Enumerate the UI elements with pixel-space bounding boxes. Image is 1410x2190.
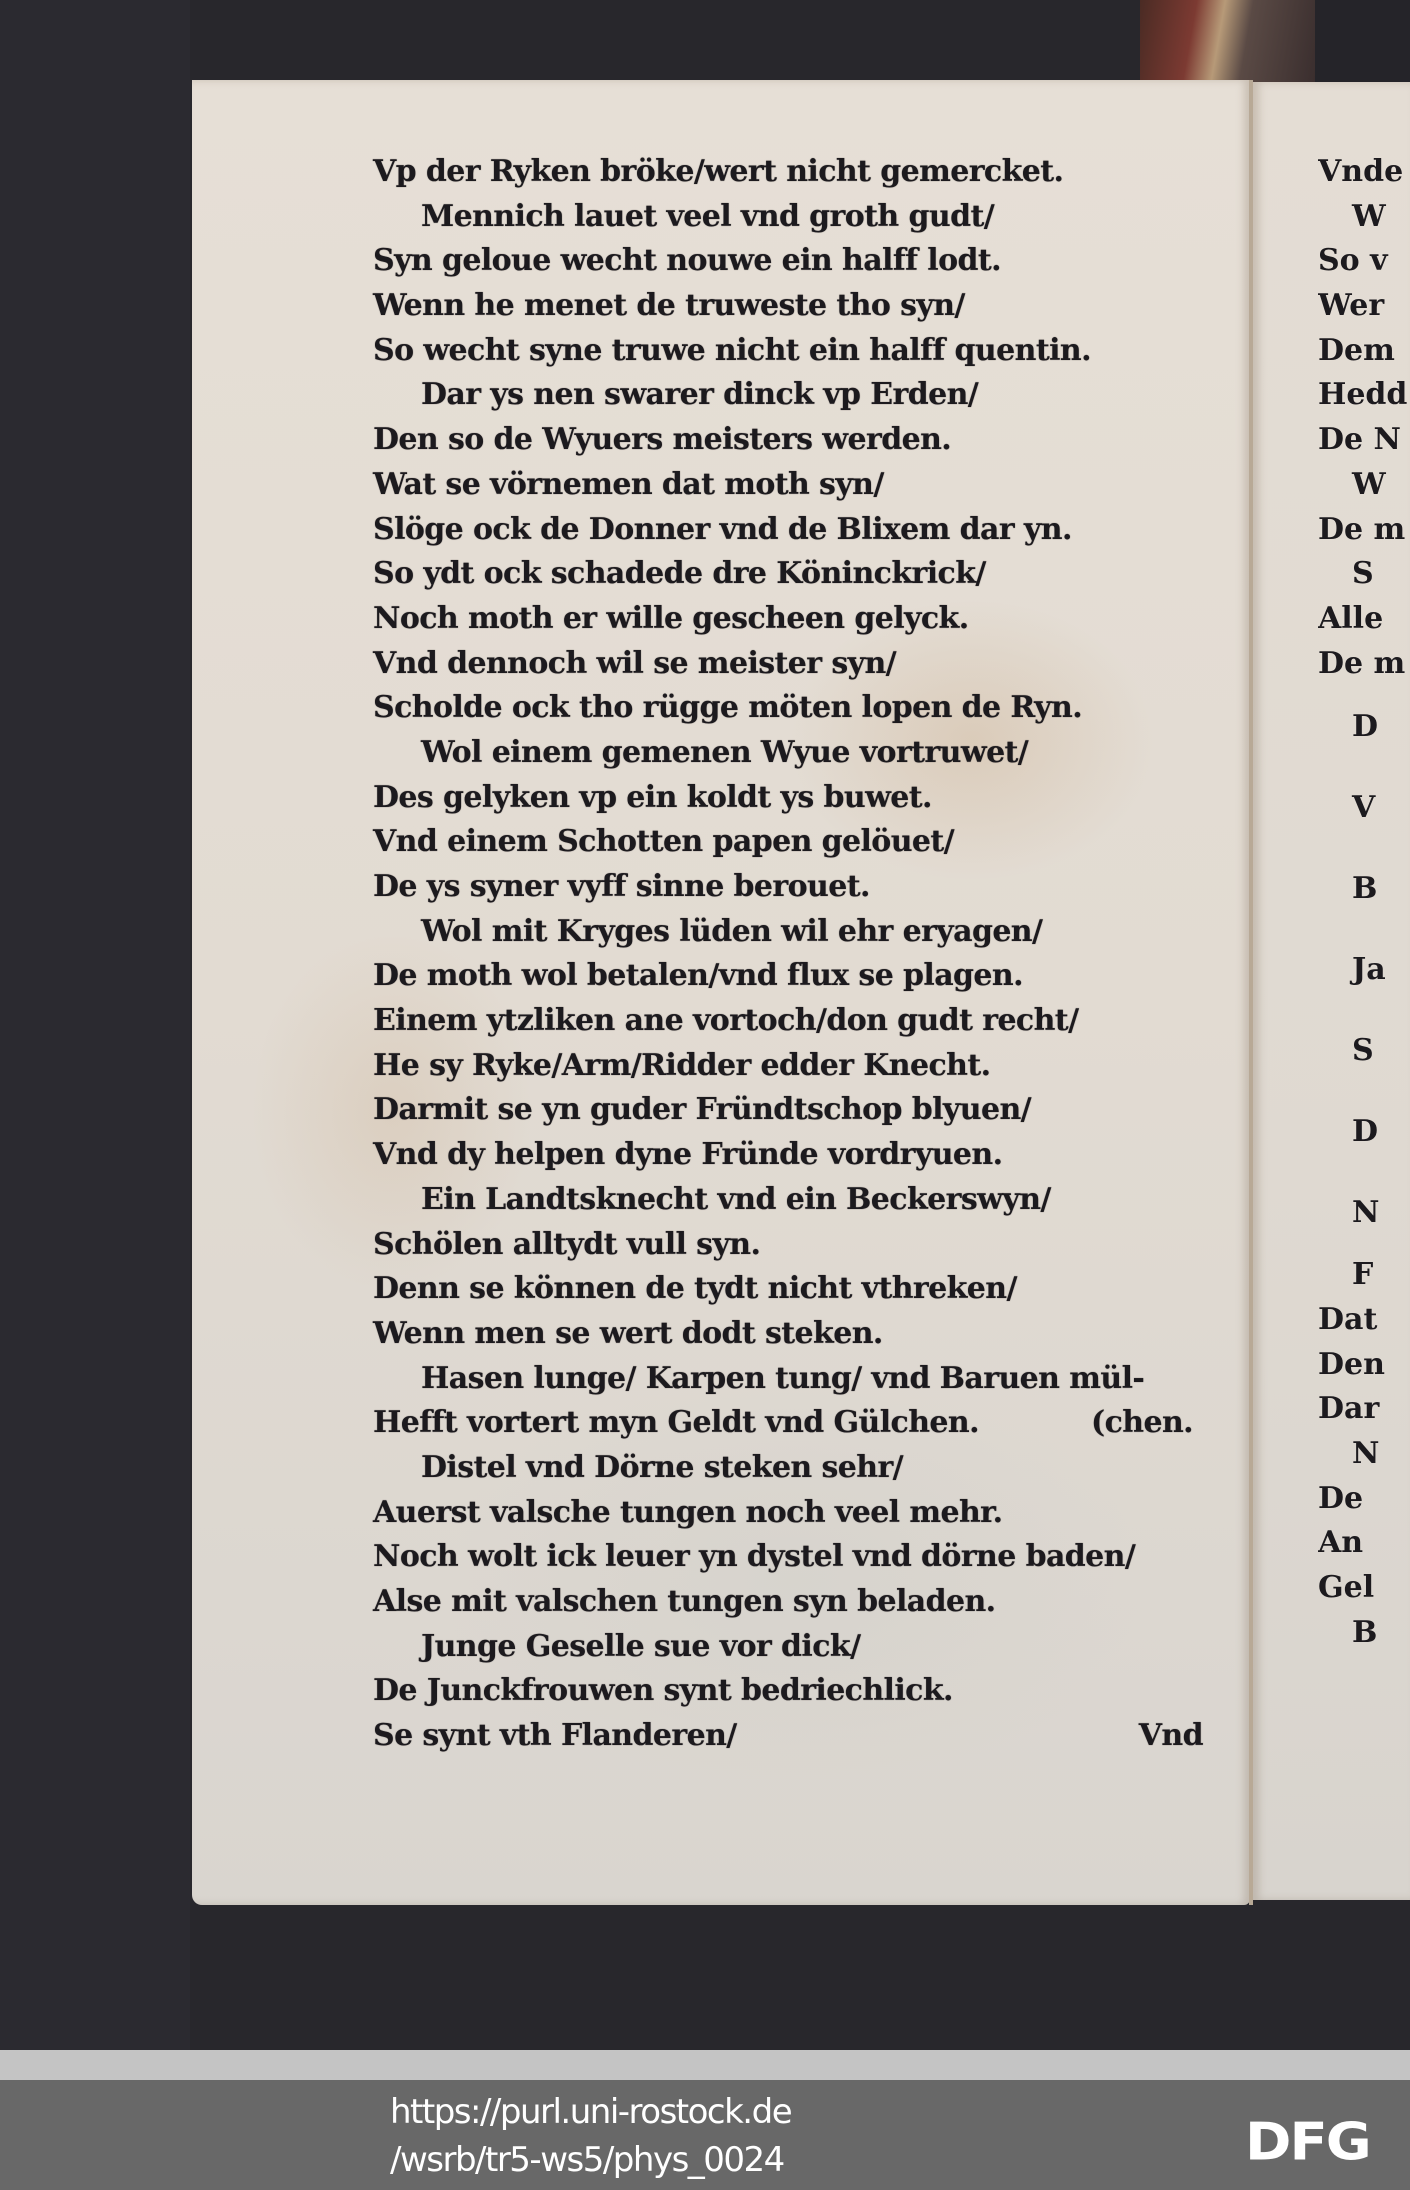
text-line: Darmit se yn guder Fründtschop blyuen/ [373,1088,1213,1133]
text-line: S [1318,552,1410,597]
text-line: De m [1318,642,1410,687]
catchword: Vnd [1139,1714,1203,1759]
text-line: So ydt ock schadede dre Köninckrick/ [373,552,1213,597]
text-line: Dar [1318,1387,1410,1432]
text-line: Hefft vortert myn Geldt vnd Gülchen. (ch… [373,1401,1213,1446]
text-line: An [1318,1521,1410,1566]
text-line: Auerst valsche tungen noch veel mehr. [373,1491,1213,1536]
text-line: Noch wolt ick leuer yn dystel vnd dörne … [373,1535,1213,1580]
background-top-right [1315,0,1410,85]
text-line: N [1318,1432,1410,1477]
text-line: S [1318,1010,1410,1091]
text-line: W [1318,195,1410,240]
text-line: Vnde [1318,150,1410,195]
text-line: Dat [1318,1298,1410,1343]
text-line: Noch moth er wille gescheen gelyck. [373,597,1213,642]
permalink-line-1: https://purl.uni-rostock.de [390,2088,890,2136]
text-line: De ys syner vyff sinne berouet. [373,865,1213,910]
permalink-line-2: /wsrb/tr5-ws5/phys_0024 [390,2136,890,2184]
text-line: Wenn men se wert dodt steken. [373,1312,1213,1357]
text-line: De Junckfrouwen synt bedriechlick. [373,1669,1213,1714]
book-binding-edge [1140,0,1315,85]
text-line: Vp der Ryken bröke/wert nicht gemercket. [373,150,1213,195]
text-line: Mennich lauet veel vnd groth gudt/ [373,195,1213,240]
text-line: So v [1318,239,1410,284]
right-page-text: Vnde W So v Wer Dem Hedd De N W De m S A… [1318,150,1410,1655]
text-line: Alle [1318,597,1410,642]
text-line: V [1318,767,1410,848]
text-line: N [1318,1172,1410,1253]
text-line-main: Se synt vth Flanderen/ [373,1714,737,1759]
text-line: Wenn he menet de truweste tho syn/ [373,284,1213,329]
text-line: Dem [1318,329,1410,374]
text-line: Alse mit valschen tungen syn beladen. [373,1580,1213,1625]
permalink[interactable]: https://purl.uni-rostock.de /wsrb/tr5-ws… [390,2088,890,2184]
text-line: Wat se vörnemen dat moth syn/ [373,463,1213,508]
text-line: He sy Ryke/Arm/Ridder edder Knecht. [373,1044,1213,1089]
text-line: Vnd einem Schotten papen gelöuet/ [373,820,1213,865]
text-line: Ja [1318,929,1410,1010]
text-line: De m [1318,508,1410,553]
text-line: D [1318,1091,1410,1172]
line-overflow-note: (chen. [1091,1401,1193,1446]
text-line: B [1318,848,1410,929]
text-line: Gel [1318,1566,1410,1611]
text-line: Slöge ock de Donner vnd de Blixem dar yn… [373,508,1213,553]
text-line: Wol mit Kryges lüden wil ehr eryagen/ [373,910,1213,955]
text-line: Vnd dy helpen dyne Fründe vordryuen. [373,1133,1213,1178]
last-line: Se synt vth Flanderen/ Vnd [373,1714,1203,1759]
left-page-text: Vp der Ryken bröke/wert nicht gemercket.… [373,150,1213,1759]
text-line: Vnd dennoch wil se meister syn/ [373,642,1213,687]
text-line: Wer [1318,284,1410,329]
dfg-logo: DFG [1245,2113,1370,2173]
text-line: Wol einem gemenen Wyue vortruwet/ [373,731,1213,776]
text-line: Dar ys nen swarer dinck vp Erden/ [373,373,1213,418]
text-line: So wecht syne truwe nicht ein halff quen… [373,329,1213,374]
text-line: Denn se können de tydt nicht vthreken/ [373,1267,1213,1312]
text-line: Distel vnd Dörne steken sehr/ [373,1446,1213,1491]
text-line: Hedd [1318,373,1410,418]
text-line: Ein Landtsknecht vnd ein Beckerswyn/ [373,1178,1213,1223]
text-line: Einem ytzliken ane vortoch/don gudt rech… [373,999,1213,1044]
text-line: Schölen alltydt vull syn. [373,1223,1213,1268]
text-line: W [1318,463,1410,508]
background-left [0,0,190,2050]
text-line: Den [1318,1343,1410,1388]
text-line: Junge Geselle sue vor dick/ [373,1625,1213,1670]
text-line: De moth wol betalen/vnd flux se plagen. [373,954,1213,999]
scan-viewport: Vp der Ryken bröke/wert nicht gemercket.… [0,0,1410,2050]
text-line: De N [1318,418,1410,463]
text-line: Syn geloue wecht nouwe ein halff lodt. [373,239,1213,284]
text-line: B [1318,1611,1410,1656]
viewer-footer: https://purl.uni-rostock.de /wsrb/tr5-ws… [0,2080,1410,2190]
text-line: Des gelyken vp ein koldt ys buwet. [373,776,1213,821]
text-line: D [1318,686,1410,767]
text-line: De [1318,1477,1410,1522]
text-line: Scholde ock tho rügge möten lopen de Ryn… [373,686,1213,731]
text-line: Hasen lunge/ Karpen tung/ vnd Baruen mül… [373,1357,1213,1402]
text-line-main: Hefft vortert myn Geldt vnd Gülchen. [373,1405,979,1440]
text-line: Den so de Wyuers meisters werden. [373,418,1213,463]
text-line: F [1318,1253,1410,1298]
footer-separator [0,2050,1410,2080]
